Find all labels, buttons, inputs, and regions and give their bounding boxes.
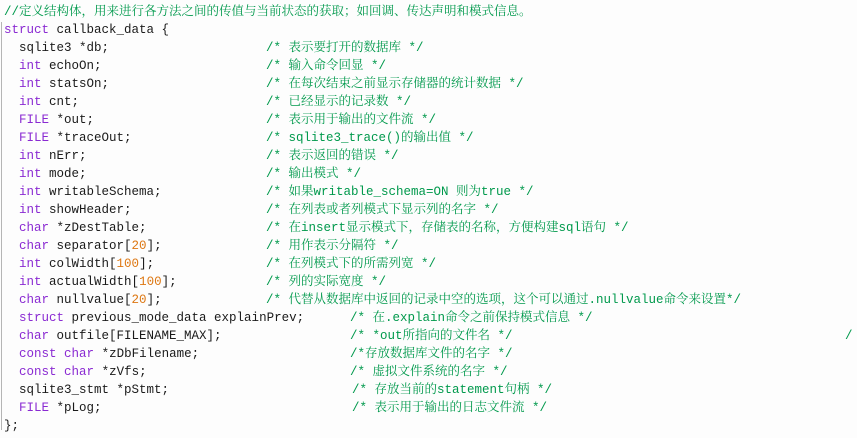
code-token: mode;: [42, 167, 87, 181]
code-token: const: [19, 347, 57, 361]
code-token: *out;: [49, 113, 94, 127]
code-token: int: [19, 95, 42, 109]
inline-comment: /* 如果writable_schema=ON 则为true */: [266, 183, 534, 201]
code-line[interactable]: int statsOn;/* 在每次结束之前显示存储器的统计数据 */: [0, 75, 857, 93]
code-token: [4, 59, 19, 73]
inline-comment: /* 输入命令回显 */: [266, 57, 386, 75]
inline-comment: /* 存放当前的statement句柄 */: [352, 381, 552, 399]
code-token: ];: [147, 293, 162, 307]
code-token: [4, 293, 19, 307]
code-token: 100: [117, 257, 140, 271]
code-token: [4, 203, 19, 217]
inline-comment: /* 表示要打开的数据库 */: [266, 39, 424, 57]
code-token: nullvalue[: [49, 293, 132, 307]
code-token: int: [19, 185, 42, 199]
code-token: int: [19, 77, 42, 91]
code-token: writableSchema;: [42, 185, 162, 199]
code-token: };: [4, 419, 19, 433]
code-line[interactable]: int colWidth[100];/* 在列模式下的所需列宽 */: [0, 255, 857, 273]
code-line[interactable]: int showHeader;/* 在列表或者列模式下显示列的名字 */: [0, 201, 857, 219]
code-line[interactable]: int cnt;/* 已经显示的记录数 */: [0, 93, 857, 111]
code-token: cnt;: [42, 95, 80, 109]
code-token: colWidth[: [42, 257, 117, 271]
code-token: int: [19, 257, 42, 271]
code-token: char: [19, 221, 49, 235]
code-line[interactable]: FILE *pLog;/* 表示用于输出的日志文件流 */: [0, 399, 857, 417]
code-line[interactable]: char *zDestTable;/* 在insert显示模式下，存储表的名称，…: [0, 219, 857, 237]
inline-comment: /* 在列模式下的所需列宽 */: [266, 255, 436, 273]
inline-comment: /* 输出模式 */: [266, 165, 361, 183]
inline-comment: /* *out所指向的文件名 */: [350, 327, 513, 345]
code-token: int: [19, 59, 42, 73]
code-token: actualWidth[: [42, 275, 140, 289]
code-token: char: [64, 365, 94, 379]
code-line[interactable]: const char *zVfs;/* 虚拟文件系统的名字 */: [0, 363, 857, 381]
inline-comment: /* 虚拟文件系统的名字 */: [350, 363, 508, 381]
code-token: [4, 401, 19, 415]
code-line[interactable]: int mode;/* 输出模式 */: [0, 165, 857, 183]
code-token: ];: [147, 239, 162, 253]
inline-comment: /* 在.explain命令之前保持模式信息 */: [350, 309, 593, 327]
code-token: [4, 149, 19, 163]
code-token: *zDbFilename;: [94, 347, 199, 361]
inline-comment: /* 表示用于输出的文件流 */: [266, 111, 436, 129]
code-token: [4, 347, 19, 361]
code-line[interactable]: };: [0, 417, 857, 435]
code-token: separator[: [49, 239, 132, 253]
code-token: [4, 95, 19, 109]
code-line[interactable]: int writableSchema;/* 如果writable_schema=…: [0, 183, 857, 201]
code-token: statsOn;: [42, 77, 110, 91]
code-token: [4, 257, 19, 271]
code-token: [57, 347, 65, 361]
code-token: [4, 221, 19, 235]
code-token: *zDestTable;: [49, 221, 147, 235]
code-token: char: [64, 347, 94, 361]
code-token: 20: [132, 293, 147, 307]
code-token: [4, 311, 19, 325]
code-token: ];: [162, 275, 177, 289]
code-line[interactable]: sqlite3 *db;/* 表示要打开的数据库 */: [0, 39, 857, 57]
code-line[interactable]: struct previous_mode_data explainPrev;/*…: [0, 309, 857, 327]
inline-comment: /* 表示用于输出的日志文件流 */: [352, 399, 547, 417]
code-token: sqlite3_stmt *pStmt;: [4, 383, 169, 397]
code-token: *traceOut;: [49, 131, 132, 145]
inline-comment: /* 用作表示分隔符 */: [266, 237, 399, 255]
code-token: char: [19, 329, 49, 343]
code-token: [4, 275, 19, 289]
code-area: //定义结构体，用来进行各方法之间的传值与当前状态的获取；如回调、传达声明和模式…: [0, 3, 857, 435]
code-line[interactable]: sqlite3_stmt *pStmt;/* 存放当前的statement句柄 …: [0, 381, 857, 399]
code-token: [4, 167, 19, 181]
code-token: char: [19, 239, 49, 253]
comment-fragment: /: [845, 327, 853, 345]
code-token: ];: [139, 257, 154, 271]
inline-comment: /*存放数据库文件的名字 */: [350, 345, 513, 363]
code-token: [4, 185, 19, 199]
inline-comment: /* 代替从数据库中返回的记录中空的选项，这个可以通过.nullvalue命令来…: [266, 291, 741, 309]
code-token: [57, 365, 65, 379]
code-token: [4, 131, 19, 145]
code-token: int: [19, 149, 42, 163]
code-token: [4, 365, 19, 379]
code-line[interactable]: char nullvalue[20];/* 代替从数据库中返回的记录中空的选项，…: [0, 291, 857, 309]
code-token: echoOn;: [42, 59, 102, 73]
code-line[interactable]: const char *zDbFilename;/*存放数据库文件的名字 */: [0, 345, 857, 363]
code-token: outfile[FILENAME_MAX];: [49, 329, 222, 343]
code-token: callback_data {: [49, 23, 169, 37]
code-token: *pLog;: [49, 401, 102, 415]
code-line[interactable]: int nErr;/* 表示返回的错误 */: [0, 147, 857, 165]
code-line[interactable]: int actualWidth[100];/* 列的实际宽度 */: [0, 273, 857, 291]
code-token: struct: [4, 23, 49, 37]
code-token: [4, 77, 19, 91]
code-token: [4, 239, 19, 253]
inline-comment: /* 列的实际宽度 */: [266, 273, 386, 291]
code-token: [4, 329, 19, 343]
code-line[interactable]: char separator[20];/* 用作表示分隔符 */: [0, 237, 857, 255]
code-line[interactable]: int echoOn;/* 输入命令回显 */: [0, 57, 857, 75]
code-token: struct: [19, 311, 64, 325]
code-token: FILE: [19, 131, 49, 145]
code-line[interactable]: FILE *traceOut;/* sqlite3_trace()的输出值 */: [0, 129, 857, 147]
inline-comment: /* 已经显示的记录数 */: [266, 93, 411, 111]
code-token: char: [19, 293, 49, 307]
code-token: nErr;: [42, 149, 87, 163]
code-token: int: [19, 203, 42, 217]
inline-comment: /* 表示返回的错误 */: [266, 147, 399, 165]
code-line[interactable]: struct callback_data {: [0, 21, 857, 39]
code-token: showHeader;: [42, 203, 132, 217]
inline-comment: /* sqlite3_trace()的输出值 */: [266, 129, 474, 147]
code-token: *zVfs;: [94, 365, 147, 379]
code-token: [4, 113, 19, 127]
code-token: FILE: [19, 113, 49, 127]
code-token: const: [19, 365, 57, 379]
code-token: FILE: [19, 401, 49, 415]
code-line[interactable]: //定义结构体，用来进行各方法之间的传值与当前状态的获取；如回调、传达声明和模式…: [0, 3, 857, 21]
inline-comment: /* 在每次结束之前显示存储器的统计数据 */: [266, 75, 524, 93]
inline-comment: /* 在列表或者列模式下显示列的名字 */: [266, 201, 499, 219]
code-line[interactable]: char outfile[FILENAME_MAX];/* *out所指向的文件…: [0, 327, 857, 345]
code-token: 20: [132, 239, 147, 253]
code-token: int: [19, 275, 42, 289]
inline-comment: /* 在insert显示模式下，存储表的名称，方便构建sql语句 */: [266, 219, 629, 237]
code-line[interactable]: FILE *out;/* 表示用于输出的文件流 */: [0, 111, 857, 129]
code-token: previous_mode_data explainPrev;: [64, 311, 304, 325]
code-token: sqlite3 *db;: [4, 41, 109, 55]
code-editor[interactable]: //定义结构体，用来进行各方法之间的传值与当前状态的获取；如回调、传达声明和模式…: [0, 0, 857, 438]
code-token: 100: [139, 275, 162, 289]
comment-token: //定义结构体，用来进行各方法之间的传值与当前状态的获取；如回调、传达声明和模式…: [4, 5, 532, 19]
code-token: int: [19, 167, 42, 181]
